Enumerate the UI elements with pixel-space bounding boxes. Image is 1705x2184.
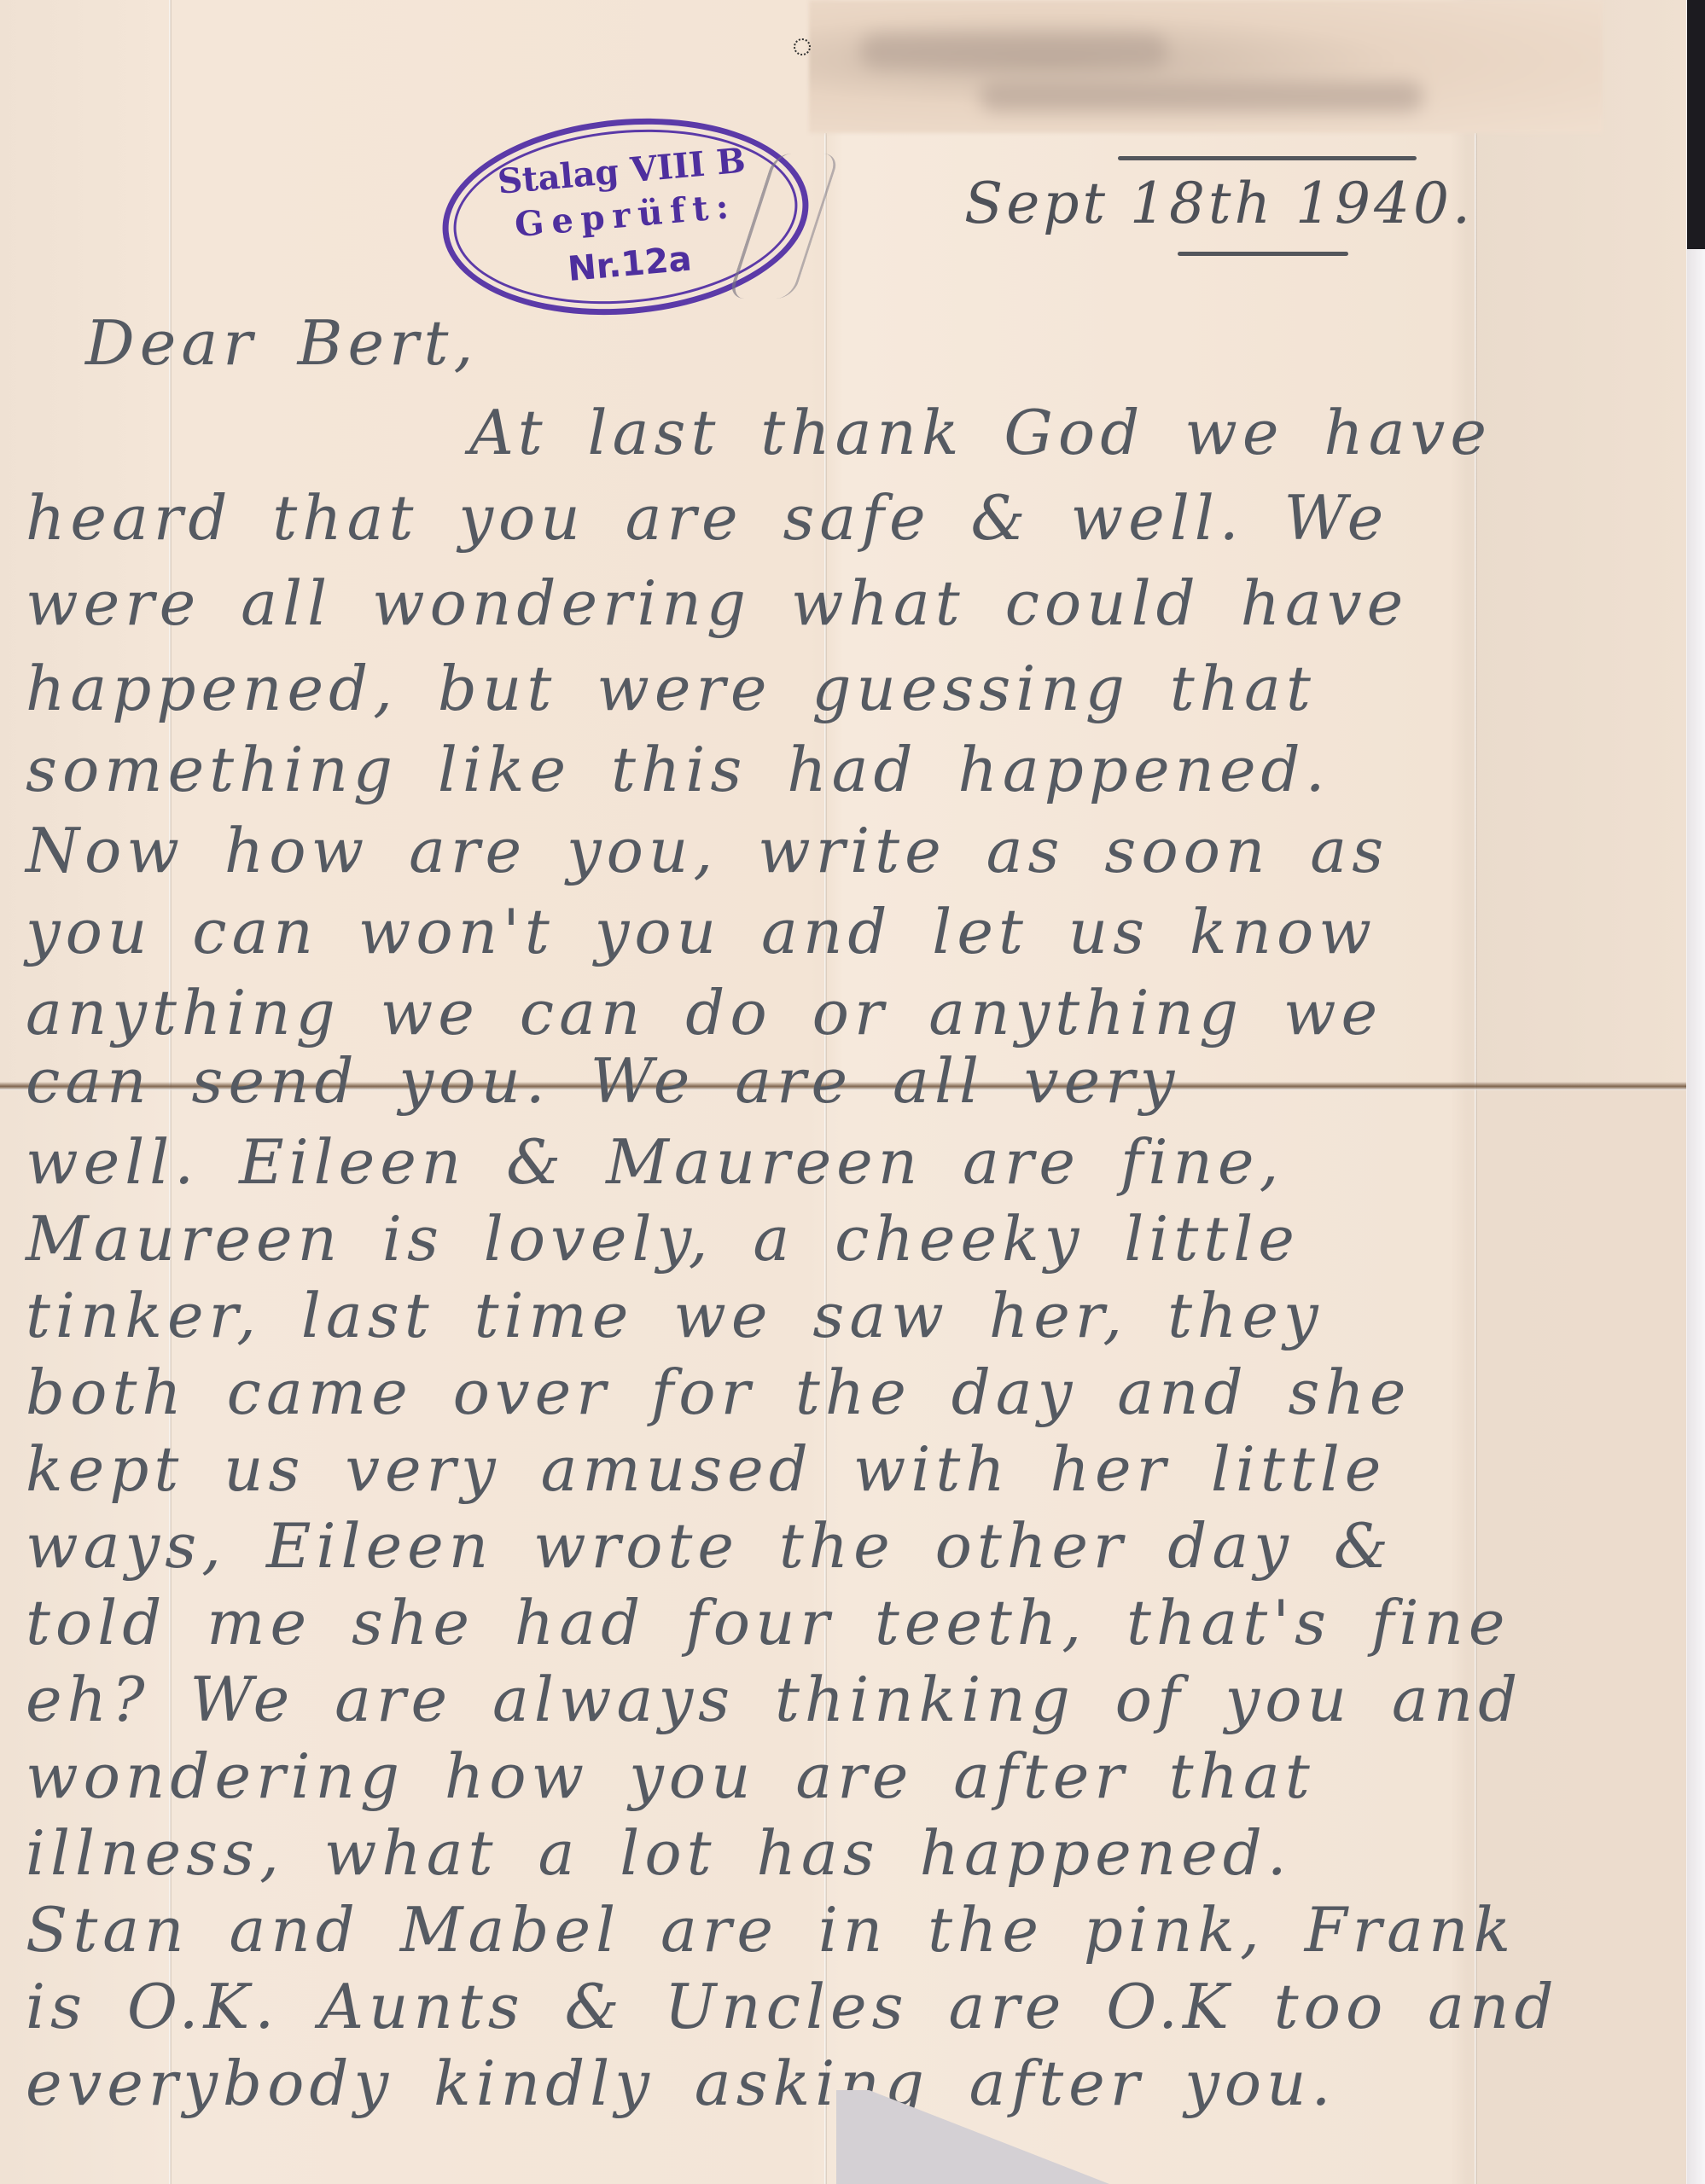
background-right-edge (1687, 249, 1705, 2184)
letter-line: ways, Eileen wrote the other day & (26, 1510, 1394, 1582)
letter-line: you can won't you and let us know (26, 896, 1376, 967)
letter-line: Stan and Mabel are in the pink, Frank (26, 1894, 1516, 1966)
date-rule-top (1118, 156, 1417, 160)
salutation: Dear Bert, (85, 307, 478, 379)
letter-line: At last thank God we have (469, 397, 1492, 468)
redacted-address-block (809, 0, 1603, 133)
letter-line: well. Eileen & Maureen are fine, (26, 1126, 1283, 1198)
letter-line: illness, what a lot has happened. (26, 1817, 1292, 1889)
letter-line: anything we can do or anything we (26, 977, 1382, 1048)
letter-line: kept us very amused with her little (26, 1433, 1386, 1505)
punch-mark (794, 38, 811, 55)
letter-line: Now how are you, write as soon as (26, 815, 1388, 886)
letter-line: both came over for the day and she (26, 1356, 1411, 1428)
date-rule-bottom (1178, 252, 1348, 256)
letter-line: told me she had four teeth, that's fine (26, 1587, 1510, 1658)
letter-line: is O.K. Aunts & Uncles are O.K too and (26, 1971, 1559, 2042)
letter-line: wondering how you are after that (26, 1740, 1315, 1812)
letter-line: happened, but were guessing that (26, 653, 1316, 724)
letter-line: can send you. We are all very (26, 1045, 1179, 1117)
letter-line: heard that you are safe & well. We (26, 482, 1388, 554)
letter-line: something like this had happened. (26, 734, 1330, 805)
letter-line: tinker, last time we saw her, they (26, 1280, 1324, 1351)
letter-date: Sept 18th 1940. (964, 171, 1474, 236)
background-dark-corner (1687, 0, 1705, 249)
letter-line: were all wondering what could have (26, 567, 1408, 639)
letter-line: everybody kindly asking after you. (26, 2047, 1335, 2119)
letter-line: Maureen is lovely, a cheeky little (26, 1203, 1300, 1275)
letter-line: eh? We are always thinking of you and (26, 1664, 1522, 1735)
